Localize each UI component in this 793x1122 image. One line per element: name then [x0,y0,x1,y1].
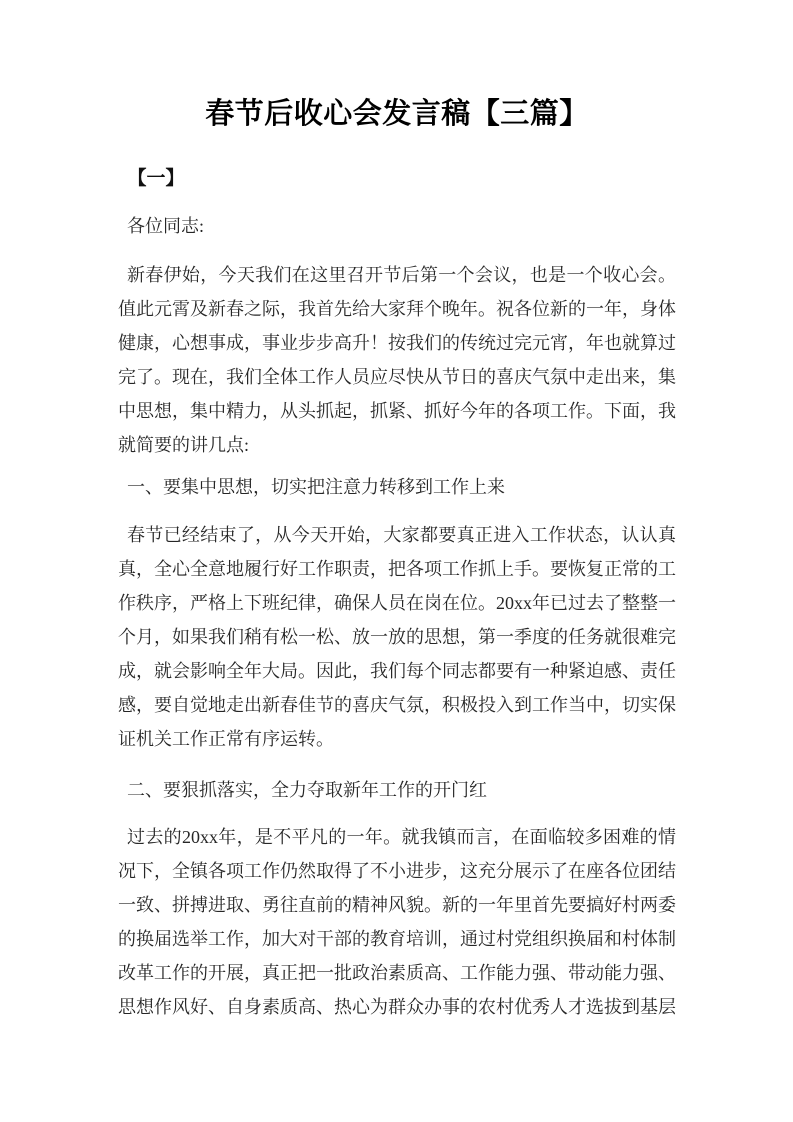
document-content: 春节后收心会发言稿【三篇】 【一】 各位同志: 新春伊始，今天我们在这里召开节后… [118,0,676,1024]
document-page: 春节后收心会发言稿【三篇】 【一】 各位同志: 新春伊始，今天我们在这里召开节后… [0,0,793,1122]
section-heading-2: 二、要狠抓落实，全力夺取新年工作的开门红 [118,773,676,807]
salutation: 各位同志: [118,209,676,243]
paragraph-3: 过去的20xx年，是不平凡的一年。就我镇而言，在面临较多困难的情况下，全镇各项工… [118,820,676,1024]
section-heading-1: 一、要集中思想，切实把注意力转移到工作上来 [118,470,676,504]
section-marker-one: 【一】 [118,162,676,196]
paragraph-1: 新春伊始，今天我们在这里召开节后第一个会议，也是一个收心会。值此元霄及新春之际，… [118,258,676,462]
document-title: 春节后收心会发言稿【三篇】 [118,93,676,135]
paragraph-2: 春节已经结束了，从今天开始，大家都要真正进入工作状态，认认真真，全心全意地履行好… [118,518,676,756]
